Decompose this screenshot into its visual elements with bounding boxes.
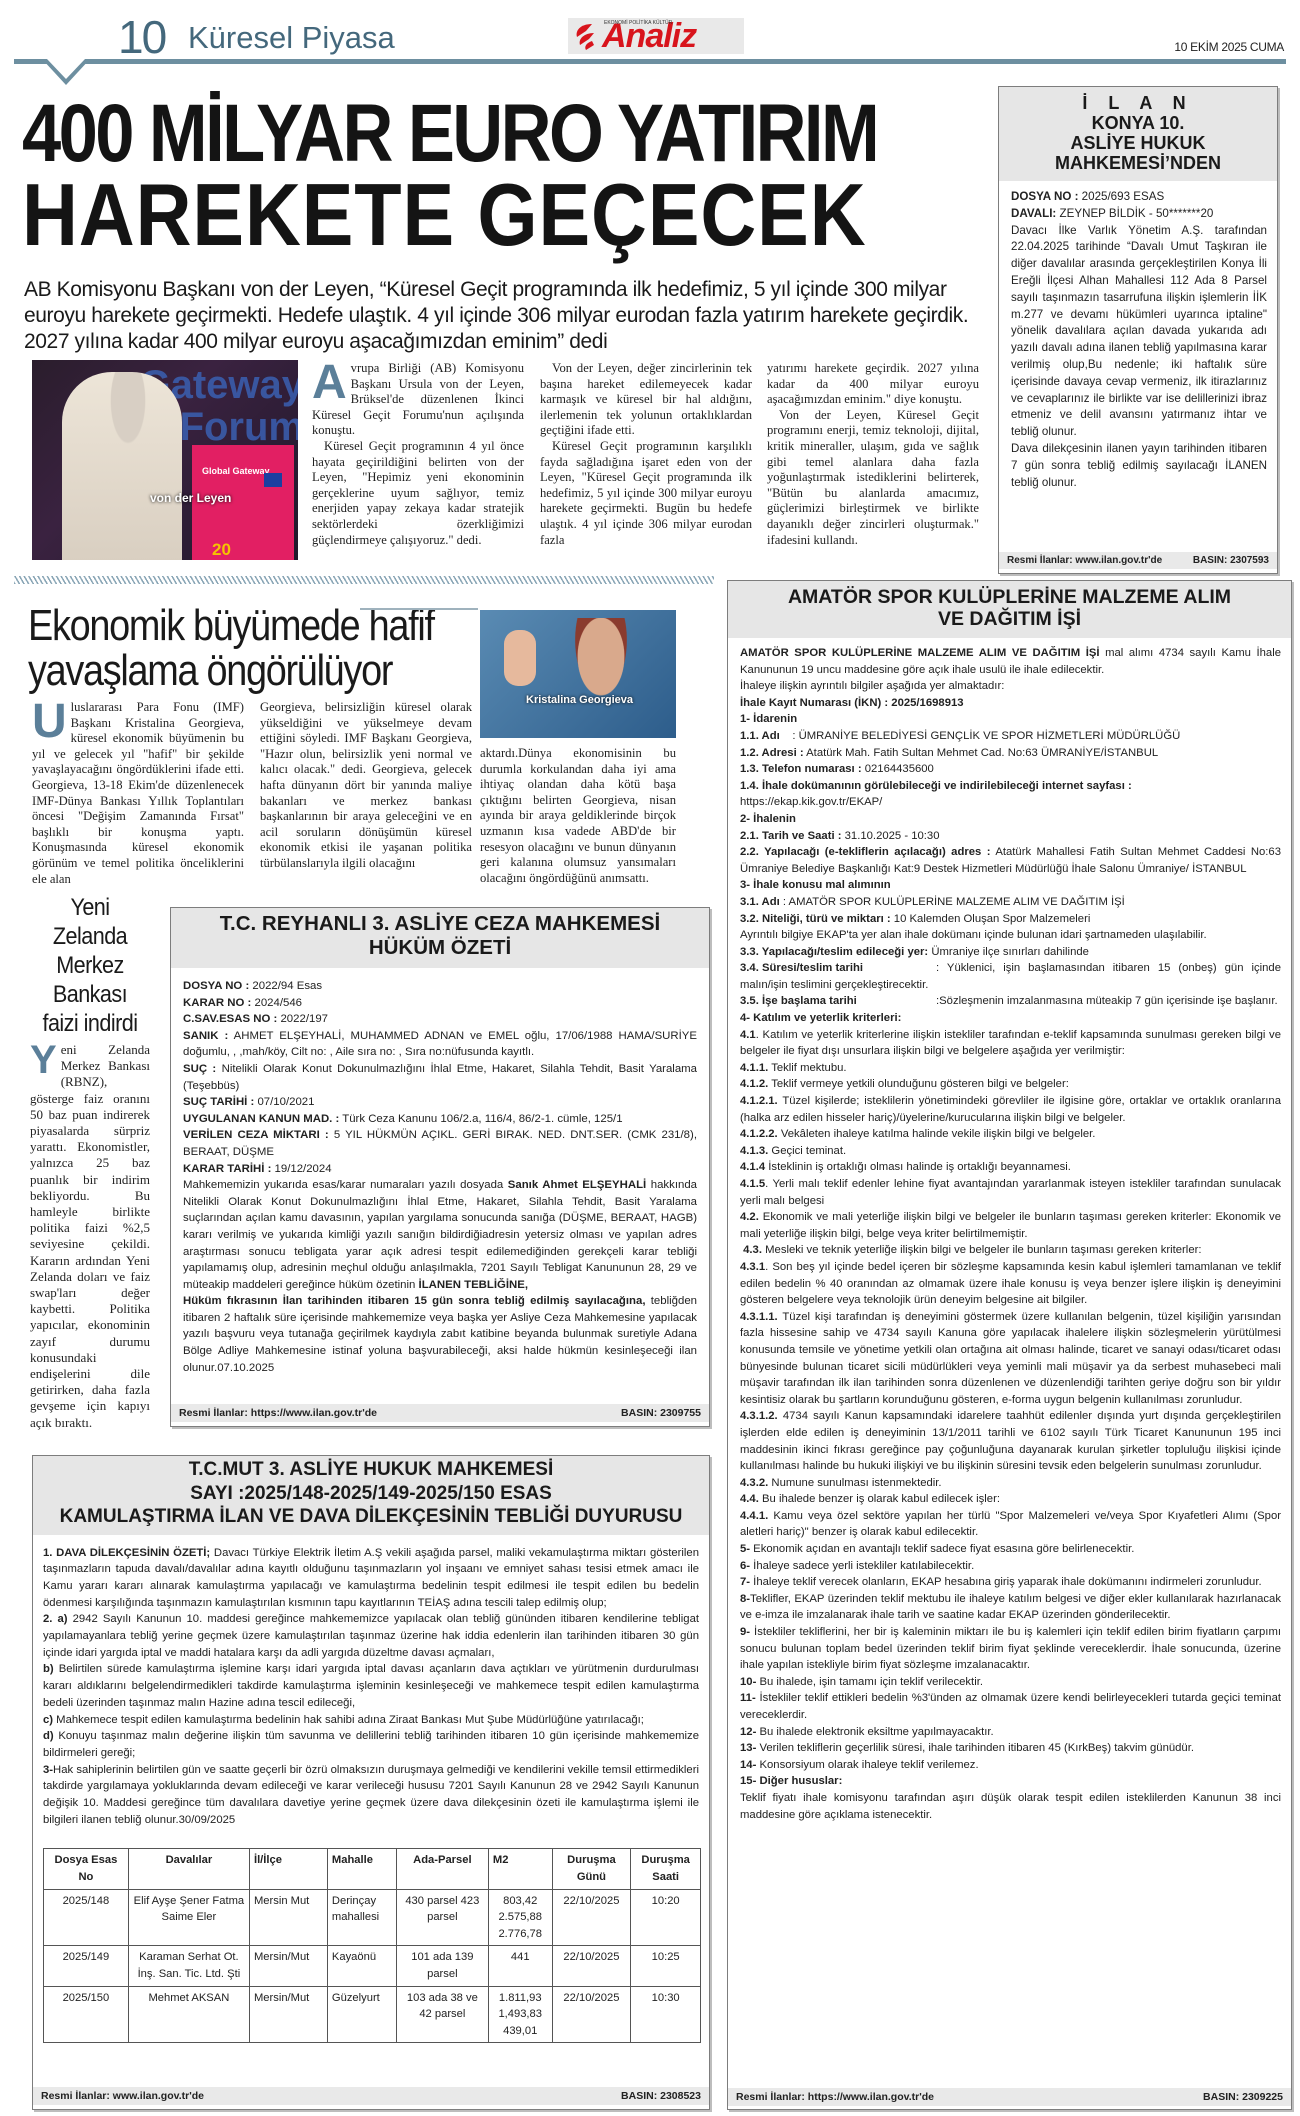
field-label: KARAR TARİHİ : [183,1163,271,1175]
table-row: 2025/149 Karaman Serhat Ot. İnş. San. Ti… [44,1946,701,1986]
footer-link[interactable]: Resmi İlanlar: www.ilan.gov.tr'de [41,2090,204,2102]
notice-title-line1: T.C. REYHANLI 3. ASLİYE CEZA MAHKEMESİ [177,912,703,936]
cell-m2: 1.811,93 1,493,83 439,01 [488,1986,552,2043]
item-value: Bu ihalede, işin tamamı için teklif veri… [756,1676,983,1688]
ekap-link[interactable]: https://ekap.kik.gov.tr/EKAP/ [740,794,1281,811]
imf-col2-text: Georgieva, belirsizliğin küresel olarak … [260,700,472,872]
dropcap: U [32,702,67,742]
item-value: 4734 sayılı Kanun kapsamındaki idarelere… [740,1410,1281,1472]
header-rule [14,59,1286,64]
item-label: 12- [740,1726,756,1738]
item-label: 4.1 [740,1029,756,1041]
item-label: c) [43,1714,53,1726]
notice-title-line2: KONYA 10. [1003,113,1273,133]
item-label: 4.4.1. [740,1510,768,1522]
lead-column-1: Avrupa Birliği (AB) Komisyonu Başkanı Ur… [312,361,524,548]
notice-title-line3: ASLİYE HUKUK [1003,133,1273,153]
photo-person-shape [62,372,182,560]
notice-paragraph: Davacı İlke Varlık Yönetim A.Ş. tarafınd… [1011,223,1267,441]
column-header: İl/İlçe [249,1849,327,1889]
field-value: 2022/197 [277,1013,328,1025]
imf-col3-text: aktardı.Dünya ekonomisinin bu durumla ko… [480,746,676,886]
footer-link[interactable]: Resmi İlanlar: https://www.ilan.gov.tr'd… [179,1407,377,1419]
lead-col2-p1: Von der Leyen, değer zincirlerinin tek b… [540,361,752,439]
item-extra: Ayrıntılı bilgiye EKAP'ta yer alan ihale… [740,927,1281,944]
section-title: Küresel Piyasa [188,22,395,53]
notice-footer: Resmi İlanlar: www.ilan.gov.tr'de BASIN:… [999,552,1277,569]
lead-deck: AB Komisyonu Başkanı von der Leyen, “Kür… [24,277,984,355]
footer-basin: BASIN: 2309225 [1203,2091,1283,2103]
notice-title-line4: MAHKEMESİ’NDEN [1003,153,1273,173]
legal-notice-mut: T.C.MUT 3. ASLİYE HUKUK MAHKEMESİ SAYI :… [32,1455,710,2110]
item-label: 1.3. Telefon numarası : [740,763,862,775]
item-value: Belirtilen sürede kamulaştırma işlemine … [43,1663,699,1708]
item-value: Tüzel kişi tarafından iş deneyimini göst… [740,1311,1281,1406]
cell-davalilar: Karaman Serhat Ot. İnş. San. Tic. Ltd. Ş… [128,1946,249,1986]
item-label: 3.3. Yapılacağı/teslim edileceği yer: [740,946,928,958]
item-label: 2.1. Tarih ve Saati : [740,830,842,842]
table-row: 2025/148 Elif Ayşe Şener Fatma Saime Ele… [44,1889,701,1946]
field-label: DOSYA NO : [183,980,249,992]
table-row: 2025/150 Mehmet AKSAN Mersin/Mut Güzelyu… [44,1986,701,2043]
item-value: Hak sahiplerinin belirtilen gün ve saatt… [43,1764,699,1826]
notice-title-line1: AMATÖR SPOR KULÜPLERİNE MALZEME ALIM [734,586,1285,608]
notice-body: AMATÖR SPOR KULÜPLERİNE MALZEME ALIM VE … [728,638,1291,1823]
section-heading: 4- Katılım ve yeterlik kriterleri: [740,1010,1281,1027]
ikn: İhale Kayıt Numarası (İKN) : 2025/169891… [740,695,1281,712]
text-run-bold: Sanık Ahmet ELŞEYHALİ [508,1179,646,1191]
item-label: 9- [740,1626,750,1638]
lead-col1-p2: Küresel Geçit programının 4 yıl önce hay… [312,439,524,548]
text-run-bold: Hüküm fıkrasının İlan tarihinden itibare… [183,1295,646,1307]
column-header: Duruşma Saati [631,1849,701,1889]
lead-column-3: yatırımı harekete geçirdik. 2027 yılına … [767,361,979,548]
podium-logo: Global Gateway [202,467,270,476]
item-label: 1.1. Adı [740,730,780,742]
notice-title-line2: VE DAĞITIM İŞİ [734,608,1285,630]
column-header: Davalılar [128,1849,249,1889]
item-value: : ÜMRANİYE BELEDİYESİ GENÇLİK VE SPOR Hİ… [792,730,1180,742]
cell-mahalle: Güzelyurt [327,1986,396,2043]
item-label: 4.4. [740,1493,759,1505]
item-label: 4.3.1.1. [740,1311,778,1323]
notice-footer: Resmi İlanlar: https://www.ilan.gov.tr'd… [171,1404,709,1422]
cell-saat: 10:20 [631,1889,701,1946]
item-label: 13- [740,1742,756,1754]
item-label: 4.1.3. [740,1145,768,1157]
notice-title-line1: T.C.MUT 3. ASLİYE HUKUK MAHKEMESİ [39,1458,703,1482]
item-label: 3.4. Süresi/teslim tarihi [740,960,936,977]
page-number: 10 [118,14,165,60]
item-value: 2942 Sayılı Kanunun 10. maddesi gereğinc… [43,1613,699,1658]
imf-column-1: Uluslararası Para Fonu (IMF) Başkanı Kri… [32,700,244,887]
cell-ada-parsel: 101 ada 139 parsel [396,1946,488,1986]
item-value: Konsorsiyum olarak ihaleye teklif verile… [756,1759,978,1771]
header-notch-inner [47,59,85,79]
dropcap: Y [30,1044,57,1076]
item-label: 1.2. Adresi : [740,747,804,759]
notice-title-line2: HÜKÜM ÖZETİ [177,936,703,960]
lead-col3-p2: Von der Leyen, Küresel Geçit programını … [767,408,979,548]
item-label: 3- [43,1764,53,1776]
notice-title: AMATÖR SPOR KULÜPLERİNE MALZEME ALIM VE … [728,581,1291,638]
item-value: İhaleye sadece yerli istekliler katılabi… [750,1560,974,1572]
podium-year: 20 [212,540,231,559]
nz-headline: Yeni Zelanda Merkez Bankası faizi indird… [32,893,147,1038]
notice-title: T.C. REYHANLI 3. ASLİYE CEZA MAHKEMESİ H… [171,908,709,968]
cell-gun: 22/10/2025 [552,1986,631,2043]
field-value: AHMET ELŞEYHALİ, MUHAMMED ADNAN ve EMEL … [183,1030,697,1059]
field-label: DOSYA NO : [1011,190,1078,203]
column-header: Mahalle [327,1849,396,1889]
item-label: 4.1.5 [740,1178,765,1190]
nz-body-text: eni Zelanda Merkez Bankası (RBNZ), göste… [30,1042,150,1430]
cell-mahalle: Derinçay mahallesi [327,1889,396,1946]
item-value: Atatürk Mah. Fatih Sultan Mehmet Cad. No… [804,747,1159,759]
item-value: Teklifler, EKAP üzerinden teklif mektubu… [740,1593,1281,1622]
item-value: 02164435600 [862,763,934,775]
photo-georgieva[interactable]: Kristalina Georgieva [480,610,676,738]
item-label: 1.4. İhale dokümanının görülebileceği ve… [740,778,1281,795]
cell-m2: 441 [488,1946,552,1986]
cell-esas: 2025/148 [44,1889,129,1946]
item-value: Ekonomik ve mali yeterliğe ilişkin bilgi… [740,1211,1281,1240]
notice-body: 1. DAVA DİLEKÇESİNİN ÖZETİ; Davacı Türki… [33,1535,709,2044]
intro2: İhaleye ilişkin ayrıntılı bilgiler aşağı… [740,678,1281,695]
imf-column-3: aktardı.Dünya ekonomisinin bu durumla ko… [480,746,676,886]
item-value: Geçici teminat. [768,1145,846,1157]
field-label: UYGULANAN KANUN MAD. : [183,1113,339,1125]
item-value: Bu ihalede elektronik eksiltme yapılmaya… [756,1726,993,1738]
item-value: Numune sunulması istenmektedir. [768,1477,941,1489]
newspaper-logo[interactable]: EKONOMİ POLİTİKA KÜLTÜR Analiz [568,18,744,54]
item-value: İsteklinin iş ortaklığı olması halinde i… [765,1161,1071,1173]
notice-paragraph: Mahkememizin yukarıda esas/karar numaral… [183,1177,697,1376]
field-value: 2022/94 Esas [249,980,322,992]
field-value: 2024/546 [251,997,302,1009]
item-label: 4.1.2. [740,1078,768,1090]
footer-basin: BASIN: 2308523 [621,2090,701,2102]
lead-column-2: Von der Leyen, değer zincirlerinin tek b… [540,361,752,548]
item-label: 4.3.1 [740,1261,765,1273]
item-value: Tüzel kişilerde; isteklilerin yönetimind… [740,1095,1281,1124]
field-label: SUÇ TARİHİ : [183,1096,254,1108]
intro-bold: AMATÖR SPOR KULÜPLERİNE MALZEME ALIM VE … [740,647,1100,659]
footer-basin: BASIN: 2309755 [621,1407,701,1419]
footer-link[interactable]: Resmi İlanlar: https://www.ilan.gov.tr'd… [736,2091,934,2103]
cell-davalilar: Elif Ayşe Şener Fatma Saime Eler [128,1889,249,1946]
item-label: 14- [740,1759,756,1771]
item-label: 8- [740,1593,750,1605]
issue-date: 10 EKİM 2025 CUMA [1174,40,1284,54]
item-value: Verilen tekliflerin geçerlilik süresi, i… [756,1742,1194,1754]
lead-col2-p2: Küresel Geçit programının karşılıklı fay… [540,439,752,548]
item-label: 4.2. [740,1211,759,1223]
item-label: 4.1.2.2. [740,1128,778,1140]
item-label: 5- [740,1543,750,1555]
legal-notice-reyhanli: T.C. REYHANLI 3. ASLİYE CEZA MAHKEMESİ H… [170,907,710,1427]
section-heading: 1- İdarenin [740,711,1281,728]
field-label: VERİLEN CEZA MİKTARI : [183,1129,329,1141]
cell-ada-parsel: 103 ada 38 ve 42 parsel [396,1986,488,2043]
imf-column-2: Georgieva, belirsizliğin küresel olarak … [260,700,472,872]
notice-footer: Resmi İlanlar: https://www.ilan.gov.tr'd… [728,2088,1291,2106]
nz-body: Yeni Zelanda Merkez Bankası (RBNZ), göst… [30,1042,150,1431]
item-label: 2. a) [43,1613,68,1625]
item-label: d) [43,1730,54,1742]
footer-link[interactable]: Resmi İlanlar: www.ilan.gov.tr'de [1007,555,1162,566]
cell-gun: 22/10/2025 [552,1889,631,1946]
item-value: Ekonomik açıdan en avantajlı teklif sade… [750,1543,1134,1555]
lead-headline: 400 MİLYAR EURO YATIRIM HAREKETE GEÇECEK [22,96,992,256]
column-header: Dosya Esas No [44,1849,129,1889]
item-label: 7- [740,1576,750,1588]
item-value: : AMATÖR SPOR KULÜPLERİNE MALZEME ALIM V… [780,896,1125,908]
field-value: 2025/693 ESAS [1082,190,1165,203]
podium-text: 20 [212,541,231,558]
expropriation-table: Dosya Esas No Davalılar İl/İlçe Mahalle … [43,1848,701,2043]
imf-headline-line2: yavaşlama öngörülüyor [28,648,415,693]
cell-davalilar: Mehmet AKSAN [128,1986,249,2043]
item-value: Kamu veya özel sektöre yapılan her türlü… [740,1510,1281,1539]
lead-headline-line1: 400 MİLYAR EURO YATIRIM [22,96,856,171]
imf-headline: Ekonomik büyümede hafif yavaşlama öngörü… [28,603,415,693]
text-run: Mahkememizin yukarıda esas/karar numaral… [183,1179,508,1191]
column-header: M2 [488,1849,552,1889]
notice-body: DOSYA NO : 2022/94 Esas KARAR NO : 2024/… [171,968,709,1376]
logo-swirl-icon [572,21,598,51]
item-value: Mesleki ve teknik yeterliğe ilişkin bilg… [762,1244,1202,1256]
item-value: Teklif mektubu. [768,1062,846,1074]
field-label: C.SAV.ESAS NO : [183,1013,277,1025]
item-label: 4.3.1.2. [740,1410,778,1422]
item-value: :Sözleşmenin imzalanmasına müteakip 7 gü… [936,993,1278,1010]
notice-title: İ L A N KONYA 10. ASLİYE HUKUK MAHKEMESİ… [999,87,1277,181]
item-value: . Katılım ve yeterlik kriterlerine ilişk… [740,1029,1281,1058]
section-heading: 2- İhalenin [740,811,1281,828]
item-value: Vekâleten ihaleye katılma halinde vekile… [778,1128,1096,1140]
cell-esas: 2025/149 [44,1946,129,1986]
footer-basin: BASIN: 2307593 [1193,555,1269,566]
section-divider [14,576,714,584]
notice-footer: Resmi İlanlar: www.ilan.gov.tr'de BASIN:… [33,2087,709,2105]
item-value: Teklif vermeye yetkili olunduğunu göster… [768,1078,1069,1090]
item-value: İstekliler tekliflerini, her bir iş kale… [740,1626,1281,1671]
item-label: 4.1.1. [740,1062,768,1074]
item-value: . Son beş yıl içinde bedel içeren bir sö… [740,1261,1281,1306]
item-label: 4.3. [743,1244,762,1256]
notice-title: T.C.MUT 3. ASLİYE HUKUK MAHKEMESİ SAYI :… [33,1456,709,1535]
notice-body: DOSYA NO : 2025/693 ESAS DAVALI: ZEYNEP … [999,181,1277,491]
item-value: 31.10.2025 - 10:30 [842,830,940,842]
text-run: hakkında Nitelikli Olarak Konut Dokunulm… [183,1179,697,1291]
item-value: İhaleye teklif verecek olanların, EKAP h… [750,1576,1262,1588]
item-label: 3.5. İşe başlama tarihi [740,993,936,1010]
section-heading: 3- İhale konusu mal alımının [740,877,1281,894]
item-value: Bu ihalede benzer iş olarak kabul edilec… [759,1493,1000,1505]
item-label: 4.1.4 [740,1161,765,1173]
notice-title-line3: KAMULAŞTIRMA İLAN VE DAVA DİLEKÇESİNİN T… [39,1505,703,1529]
notice-title-line2: SAYI :2025/148-2025/149-2025/150 ESAS [39,1482,703,1506]
item-label: 4.3.2. [740,1477,768,1489]
item-label: 3.1. Adı [740,896,780,908]
item-label: 11- [740,1692,756,1704]
photo-von-der-leyen[interactable]: Gateway Forum Global Gateway 20 von der … [32,360,298,560]
cell-saat: 10:25 [631,1946,701,1986]
field-value: Türk Ceza Kanunu 106/2.a, 116/4, 86/2-1.… [339,1113,622,1125]
cell-gun: 22/10/2025 [552,1946,631,1986]
field-label: KARAR NO : [183,997,251,1009]
imf-headline-line1: Ekonomik büyümede hafif [28,603,415,648]
item-value: Mahkemece tespit edilen kamulaştırma bed… [53,1714,644,1726]
item-label: 2.2. Yapılacağı (e-tekliflerin açılacağı… [740,846,991,858]
cell-mahalle: Kayaönü [327,1946,396,1986]
legal-notice-konya: İ L A N KONYA 10. ASLİYE HUKUK MAHKEMESİ… [998,86,1278,574]
item-value: Ümraniye ilçe sınırları dahilinde [928,946,1089,958]
item-label: 4.1.2.1. [740,1095,778,1107]
item-label: 3.2. Niteliği, türü ve miktarı : [740,913,891,925]
item-label: 6- [740,1560,750,1572]
field-label: SANIK : [183,1030,228,1042]
cell-m2: 803,42 2.575,88 2.776,78 [488,1889,552,1946]
photo-caption: Kristalina Georgieva [526,694,633,706]
table-header-row: Dosya Esas No Davalılar İl/İlçe Mahalle … [44,1849,701,1889]
headline-rule [360,608,478,610]
tender-notice-amator: AMATÖR SPOR KULÜPLERİNE MALZEME ALIM VE … [727,580,1292,2110]
logo-tagline: EKONOMİ POLİTİKA KÜLTÜR [604,20,672,26]
field-label: SUÇ : [183,1063,216,1075]
column-header: Ada-Parsel [396,1849,488,1889]
photo-hand-shape [504,630,536,686]
cell-esas: 2025/150 [44,1986,129,2043]
field-label: DAVALI: [1011,207,1056,220]
cell-saat: 10:30 [631,1986,701,2043]
eu-flag-icon [264,473,282,487]
lead-headline-line2: HAREKETE GEÇECEK [22,175,876,256]
cell-il: Mersin/Mut [249,1986,327,2043]
dropcap: A [312,363,347,403]
field-value: Nitelikli Olarak Konut Dokunulmazlığını … [183,1063,697,1092]
field-value: ZEYNEP BİLDİK - 50*******20 [1060,207,1214,220]
item-value: İstekliler teklif ettikleri bedelin %3'ü… [740,1692,1281,1721]
field-value: 19/12/2024 [271,1163,331,1175]
text-run-bold: İLANEN TEBLİĞİNE, [419,1279,528,1291]
item-value: 10 Kalemden Oluşan Spor Malzemeleri [891,913,1091,925]
lead-col3-p1: yatırımı harekete geçirdik. 2027 yılına … [767,361,979,408]
item-label: 1. DAVA DİLEKÇESİNİN ÖZETİ; [43,1547,210,1559]
notice-title-line1: İ L A N [1003,93,1273,113]
photo-caption: von der Leyen [150,492,231,505]
item-label: b) [43,1663,54,1675]
field-value: 07/10/2021 [254,1096,314,1108]
cell-il: Mersin/Mut [249,1946,327,1986]
item-value: Teklif fiyatı ihale komisyonu tarafından… [740,1790,1281,1823]
notice-paragraph: Dava dilekçesinin ilanen yayın tarihinde… [1011,441,1267,491]
photo-face-shape [558,618,644,728]
item-value: Konuyu taşınmaz malın değerine ilişkin t… [43,1730,699,1759]
item-label: 10- [740,1676,756,1688]
section-heading: 15- Diğer hususlar: [740,1773,1281,1790]
cell-ada-parsel: 430 parsel 423 parsel [396,1889,488,1946]
item-value: . Yerli malı teklif edenler lehine fiyat… [740,1178,1281,1207]
cell-il: Mersin Mut [249,1889,327,1946]
column-header: Duruşma Günü [552,1849,631,1889]
